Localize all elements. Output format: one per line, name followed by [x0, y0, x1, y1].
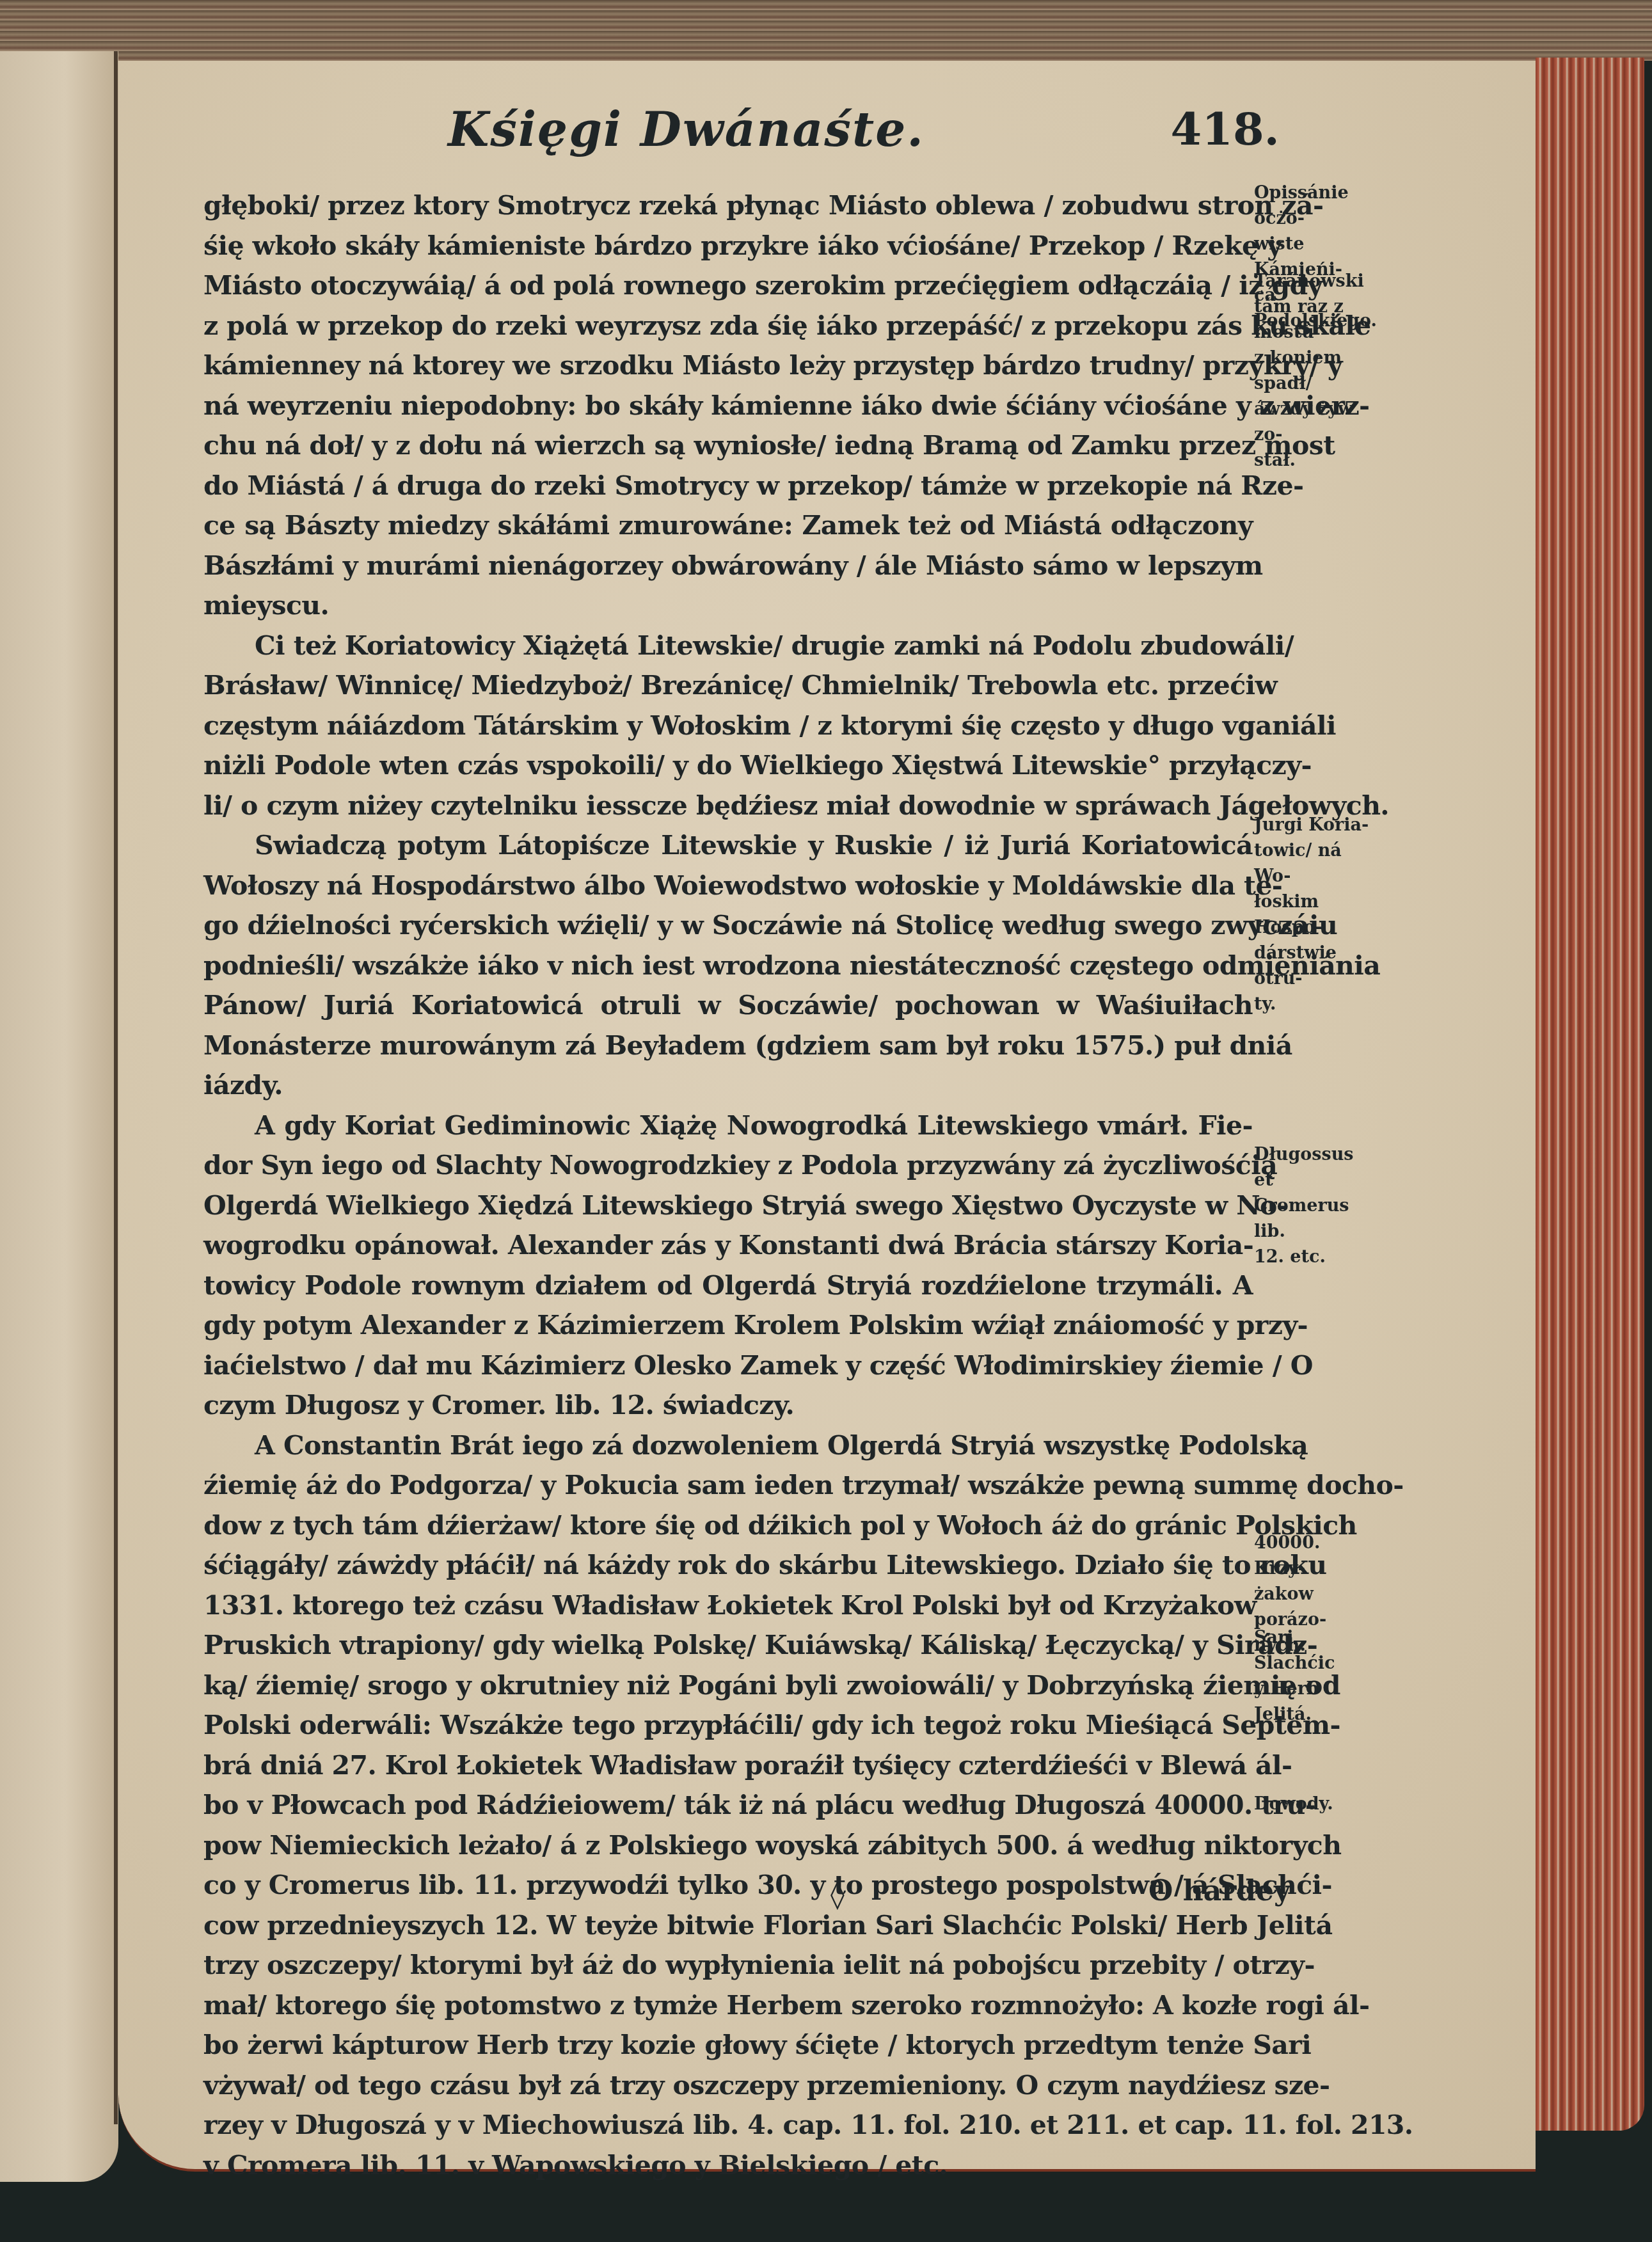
text-line: podnieśli/ wszákże iáko v nich iest wrod…: [203, 946, 1253, 986]
text-line: ná weyrzeniu niepodobny: bo skáły kámien…: [203, 386, 1253, 426]
text-line: częstym náiázdom Tátárskim y Wołoskim / …: [203, 706, 1253, 746]
text-line: śćiągáły/ záwżdy płáćił/ ná káżdy rok do…: [203, 1545, 1253, 1586]
margin-note: Dowody.: [1254, 1792, 1376, 1817]
text-line: źiemię áż do Podgorza/ y Pokucia sam ied…: [203, 1465, 1253, 1506]
text-line: gdy potym Alexander z Kázimierzem Krolem…: [203, 1305, 1253, 1346]
text-line: Swiadczą potym Látopiścze Litewskie y Ru…: [203, 825, 1253, 866]
text-line: Wołoszy ná Hospodárstwo álbo Woiewodstwo…: [203, 866, 1253, 906]
text-line: v Cromera lib. 11. v Wapowskiego y Biels…: [203, 2145, 1253, 2186]
text-line: Monásterze murowánym zá Beyładem (gdziem…: [203, 1026, 1253, 1066]
text-line: niżli Podole wten czás vspokoili/ y do W…: [203, 745, 1253, 786]
text-line: Bászłámi y murámi nienágorzey obwárowány…: [203, 546, 1253, 586]
text-line: kámienney ná ktorey we srzodku Miásto le…: [203, 346, 1253, 386]
text-line: z polá w przekop do rzeki weyrzysz zda ś…: [203, 306, 1253, 346]
text-line: go dźielności ryćerskich wźięli/ y w Soc…: [203, 905, 1253, 946]
text-line: ce są Bászty miedzy skáłámi zmurowáne: Z…: [203, 505, 1253, 546]
text-line: Pruskich vtrapiony/ gdy wielką Polskę/ K…: [203, 1625, 1253, 1666]
margin-note: Jurgi Koria-towic/ ná Wo-łoskim Hospo-dá…: [1254, 813, 1376, 1017]
text-line: Pánow/ Juriá Koriatowicá otruli w Soczáw…: [203, 985, 1253, 1026]
margin-note: Táránowskitám raz z mostuz koniem spadł/…: [1254, 269, 1376, 473]
text-line: cow przednieyszych 12. W teyże bitwie Fl…: [203, 1905, 1253, 1946]
gutter: [114, 51, 118, 2124]
text-line: bo żerwi kápturow Herb trzy kozie głowy …: [203, 2025, 1253, 2065]
text-line: vżywał/ od tego czásu był zá trzy oszcze…: [203, 2065, 1253, 2106]
text-line: co y Cromerus lib. 11. przywodźi tylko 3…: [203, 1865, 1253, 1905]
red-fore-edge: [1536, 58, 1644, 2131]
text-line: Brásław/ Winnicę/ Miedzyboż/ Brezánicę/ …: [203, 665, 1253, 706]
text-line: Polski oderwáli: Wszákże tego przypłáćil…: [203, 1705, 1253, 1745]
text-line: Olgerdá Wielkiego Xiędzá Litewskiego Str…: [203, 1186, 1253, 1226]
text-line: wogrodku opánował. Alexander zás y Konst…: [203, 1225, 1253, 1266]
text-line: iázdy.: [203, 1065, 1253, 1106]
text-line: mieyscu.: [203, 585, 1253, 626]
text-line: mał/ ktorego śię potomstwo z tymże Herbe…: [203, 1985, 1253, 2026]
text-line: 1331. ktorego też czásu Władisław Łokiet…: [203, 1586, 1253, 1626]
text-line: dow z tych tám dźierżaw/ ktore śię od dź…: [203, 1506, 1253, 1546]
text-line: śię wkoło skáły kámieniste bárdzo przykr…: [203, 226, 1253, 266]
text-line: ką/ źiemię/ srogo y okrutniey niż Pogáni…: [203, 1666, 1253, 1706]
text-line: rzey v Długoszá y v Miechowiuszá lib. 4.…: [203, 2105, 1253, 2145]
text-line: chu ná doł/ y z dołu ná wierzch są wynio…: [203, 425, 1253, 466]
book-top-edge: [0, 0, 1652, 61]
text-line: iaćielstwo / dał mu Kázimierz Olesko Zam…: [203, 1346, 1253, 1386]
running-title: Kśięgi Dwánaśte.: [448, 102, 925, 157]
signature-mark: ◊: [830, 1878, 845, 1911]
text-line: towicy Podole rownym działem od Olgerdá …: [203, 1266, 1253, 1306]
text-line: trzy oszczepy/ ktorymi był áż do wypłyni…: [203, 1945, 1253, 1985]
text-line: bo v Płowcach pod Rádźieiowem/ ták iż ná…: [203, 1785, 1253, 1825]
text-line: głęboki/ przez ktory Smotrycz rzeká płyn…: [203, 186, 1253, 226]
margin-note: Sari Slachćicy Herb Jelitá.: [1254, 1625, 1376, 1728]
running-head: Kśięgi Dwánaśte. 418.: [448, 102, 1280, 173]
margin-note: Długossus etCromerus lib.12. etc.: [1254, 1142, 1376, 1270]
text-line: Miásto otoczywáią/ á od polá rownego sze…: [203, 266, 1253, 306]
facing-page-edge: [0, 51, 118, 2182]
text-line: do Miástá / á druga do rzeki Smotrycy w …: [203, 466, 1253, 506]
text-line: Ci też Koriatowicy Xiążętá Litewskie/ dr…: [203, 626, 1253, 666]
text-line: A Constantin Brát iego zá dozwoleniem Ol…: [203, 1426, 1253, 1466]
main-text-column: głęboki/ przez ktory Smotrycz rzeká płyn…: [203, 186, 1253, 2185]
folio-number: 418.: [1171, 102, 1280, 155]
text-line: pow Niemieckich leżało/ á z Polskiego wo…: [203, 1825, 1253, 1866]
catchword: O hárdey: [1148, 1875, 1291, 1907]
text-line: li/ o czym niżey czytelniku iesscze będź…: [203, 786, 1253, 826]
text-line: czym Długosz y Cromer. lib. 12. świadczy…: [203, 1385, 1253, 1426]
text-line: A gdy Koriat Gediminowic Xiążę Nowogrodk…: [203, 1106, 1253, 1146]
text-line: brá dniá 27. Krol Łokietek Władisław por…: [203, 1745, 1253, 1786]
text-line: dor Syn iego od Slachty Nowogrodzkiey z …: [203, 1145, 1253, 1186]
